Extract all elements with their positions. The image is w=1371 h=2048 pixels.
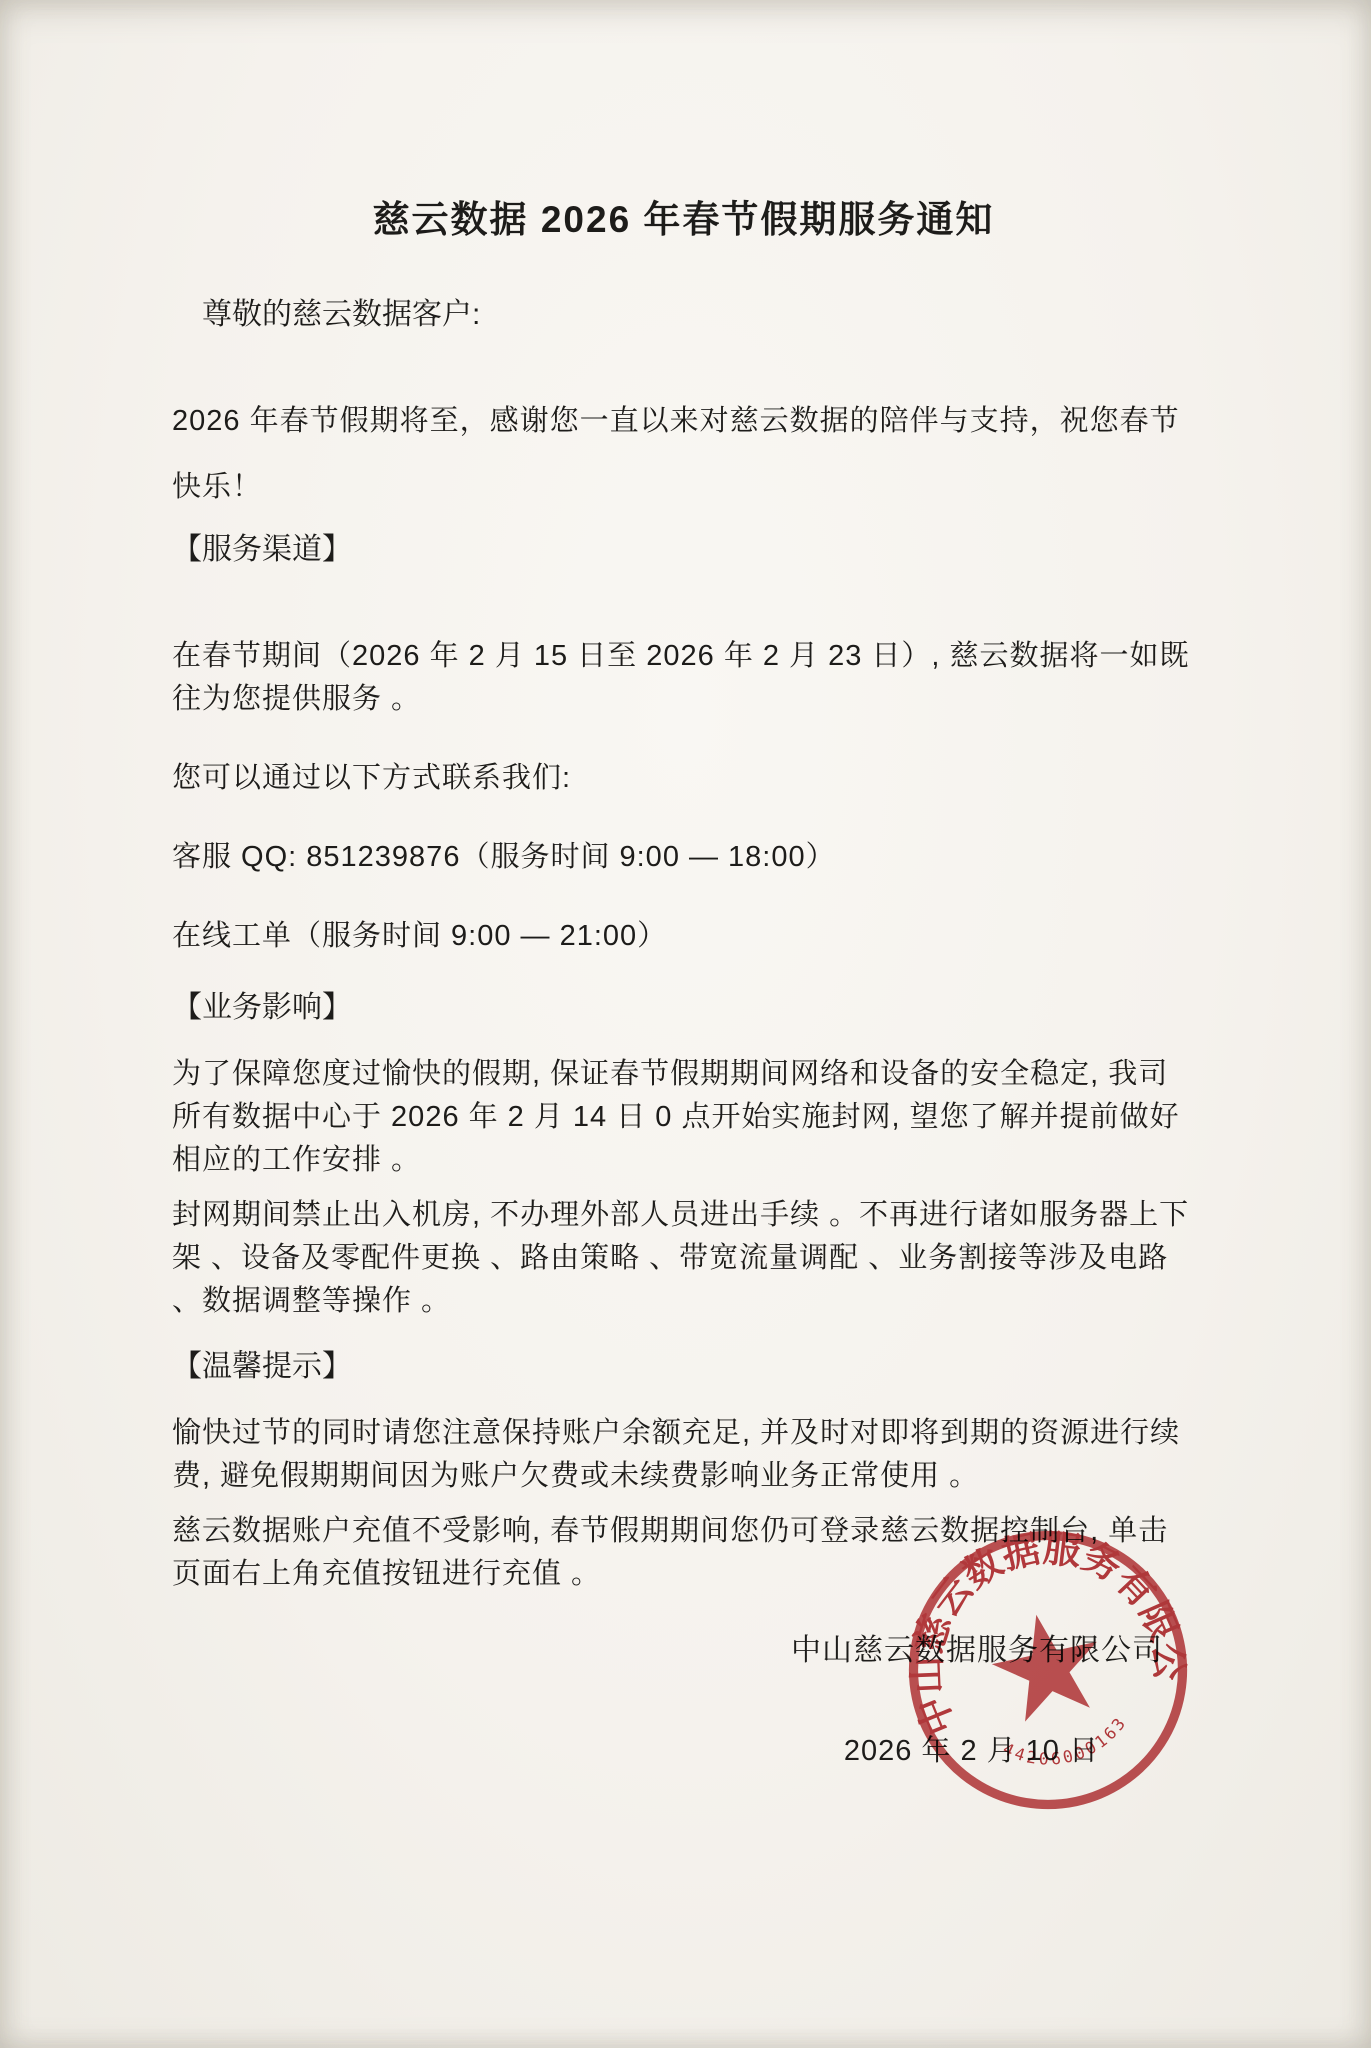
paragraph-balance-reminder: 愉快过节的同时请您注意保持账户余额充足, 并及时对即将到期的资源进行续费, 避免… [172,1412,1195,1498]
section-heading-friendly-reminder: 【温馨提示】 [172,1345,1195,1388]
seal-star-icon [984,1604,1110,1726]
intro-paragraph: 2026 年春节假期将至，感谢您一直以来对慈云数据的陪伴与支持，祝您春节快乐！ [172,388,1195,520]
section-heading-service-channels: 【服务渠道】 [172,528,1195,571]
section-heading-business-impact: 【业务影响】 [172,986,1195,1029]
salutation: 尊敬的慈云数据客户: [172,294,1195,336]
notice-document: 慈云数据 2026 年春节假期服务通知 尊敬的慈云数据客户: 2026 年春节假… [0,0,1371,2048]
paragraph-qq-support: 客服 QQ: 851239876（服务时间 9:00 — 18:00） [172,836,1195,879]
paragraph-online-ticket: 在线工单（服务时间 9:00 — 21:00） [172,915,1195,958]
company-seal-stamp: 中山慈云数据服务有限公司 44206000163 [865,1487,1230,1852]
paragraph-service-period: 在春节期间（2026 年 2 月 15 日至 2026 年 2 月 23 日）,… [172,635,1195,721]
paragraph-contact-intro: 您可以通过以下方式联系我们: [172,757,1195,800]
page-title: 慈云数据 2026 年春节假期服务通知 [172,198,1195,242]
seal-graphic: 中山慈云数据服务有限公司 44206000163 [865,1487,1230,1852]
seal-serial-number: 44206000163 [996,1710,1137,1780]
paragraph-freeze-restrictions: 封网期间禁止出入机房, 不办理外部人员进出手续 。不再进行诸如服务器上下架 、设… [172,1194,1195,1323]
paragraph-network-freeze: 为了保障您度过愉快的假期, 保证春节假期期间网络和设备的安全稳定, 我司所有数据… [172,1053,1195,1182]
